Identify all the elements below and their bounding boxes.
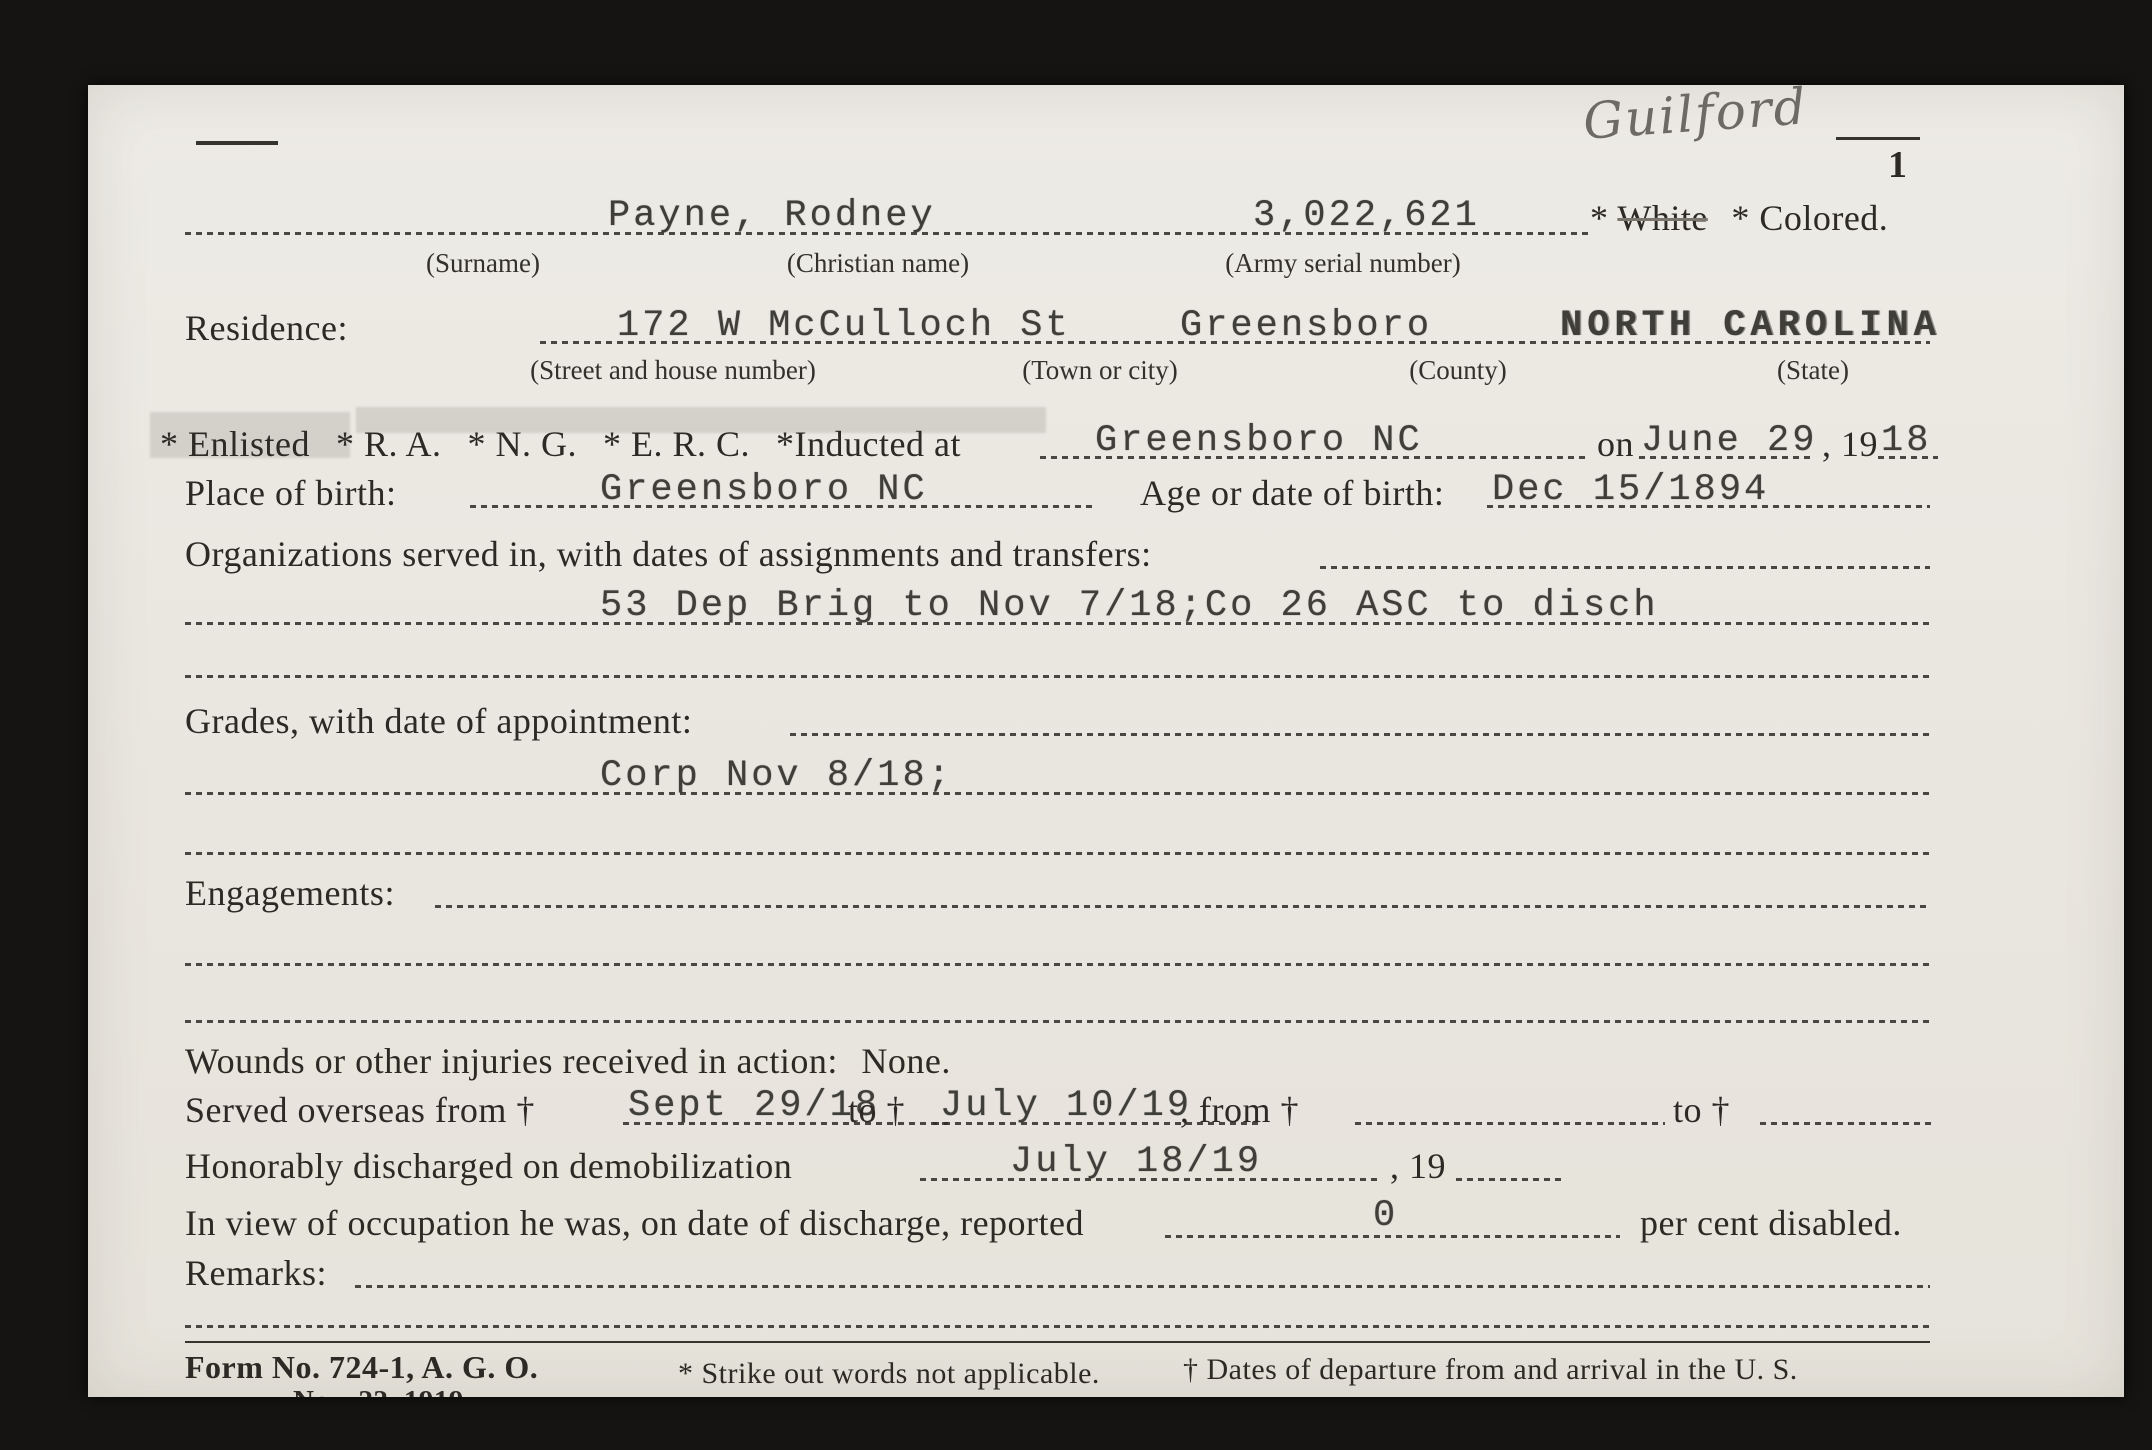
- grades-leader-1: [790, 733, 1930, 736]
- organizations-leader-3: [185, 675, 1930, 678]
- inducted-place-value: Greensboro NC: [1095, 420, 1423, 462]
- inducted-at-label: *Inducted at: [776, 423, 961, 465]
- state-label: (State): [1777, 355, 1849, 386]
- town-label: (Town or city): [1022, 355, 1178, 386]
- birth-date-value: Dec 15/1894: [1492, 469, 1769, 511]
- race-white-option: White: [1617, 198, 1707, 238]
- grades-leader-2: [185, 792, 1930, 795]
- surname-label: (Surname): [426, 248, 540, 279]
- enlistment-options-row: * Enlisted * R. A. * N. G. * E. R. C. *I…: [160, 423, 961, 465]
- disability-percent-value: 0: [1373, 1195, 1398, 1237]
- organizations-label: Organizations served in, with dates of a…: [185, 533, 1152, 575]
- overseas-prefix: Served overseas from †: [185, 1089, 535, 1131]
- birth-place-value: Greensboro NC: [600, 469, 928, 511]
- ng-option: * N. G.: [468, 423, 578, 465]
- year-prefix: , 19: [1822, 423, 1878, 465]
- form-date: Nov. 22, 1919.: [293, 1385, 472, 1397]
- age-label: Age or date of birth:: [1140, 472, 1444, 514]
- grades-leader-3: [185, 852, 1930, 855]
- organizations-value: 53 Dep Brig to Nov 7/18;Co 26 ASC to dis…: [600, 585, 1659, 627]
- overseas-to-label-2: to †: [1673, 1089, 1730, 1131]
- dagger-note: † Dates of departure from and arrival in…: [1183, 1353, 1798, 1387]
- army-serial-number-value: 3,022,621: [1253, 195, 1480, 237]
- footer-solid-divider: [185, 1341, 1930, 1343]
- discharge-year-prefix: , 19: [1390, 1145, 1446, 1187]
- race-star2: *: [1731, 198, 1750, 238]
- christian-name-label: (Christian name): [787, 248, 969, 279]
- race-colored-option: Colored.: [1759, 198, 1888, 238]
- grades-value: Corp Nov 8/18;: [600, 755, 953, 797]
- engagements-leader-2: [185, 963, 1930, 966]
- service-record-card: Guilford 1 Payne, Rodney 3,022,621 * Whi…: [88, 85, 2124, 1397]
- overseas-to-label-1: to †: [848, 1089, 905, 1131]
- induction-year-value: 18: [1881, 420, 1931, 462]
- residence-label: Residence:: [185, 307, 348, 349]
- engagements-label: Engagements:: [185, 872, 395, 914]
- ra-option: * R. A.: [336, 423, 442, 465]
- surname-christian-value: Payne, Rodney: [608, 195, 936, 237]
- top-left-mark: [196, 141, 278, 145]
- page-number: 1: [1888, 143, 1907, 187]
- place-of-birth-label: Place of birth:: [185, 472, 396, 514]
- strike-out-note: * Strike out words not applicable.: [678, 1357, 1100, 1391]
- form-number: Form No. 724-1, A. G. O.: [185, 1349, 538, 1386]
- overseas-from2-label: , from †: [1180, 1089, 1299, 1131]
- organizations-leader-1: [1320, 566, 1930, 569]
- footer-dotted-divider: [185, 1325, 1930, 1328]
- race-star1: *: [1590, 198, 1609, 238]
- discharge-leader-2: [1456, 1178, 1561, 1181]
- overseas-to1-value: July 10/19: [940, 1085, 1192, 1127]
- disability-prefix: In view of occupation he was, on date of…: [185, 1202, 1084, 1244]
- organizations-leader-2: [185, 622, 1930, 625]
- wounds-value: None.: [861, 1041, 950, 1081]
- print-code: 3—7362: [1256, 1395, 1343, 1397]
- overseas-from1-value: Sept 29/18: [628, 1085, 880, 1127]
- disability-suffix: per cent disabled.: [1640, 1202, 1902, 1244]
- overseas-from2-leader: [1355, 1122, 1665, 1125]
- enlisted-option: * Enlisted: [160, 423, 310, 465]
- state-value: NORTH CAROLINA: [1560, 305, 1941, 347]
- page-number-rule: [1836, 137, 1920, 140]
- street-value: 172 W McCulloch St: [617, 305, 1071, 347]
- wounds-label: Wounds or other injuries received in act…: [185, 1041, 838, 1081]
- town-value: Greensboro: [1180, 305, 1432, 347]
- discharge-label: Honorably discharged on demobilization: [185, 1145, 792, 1187]
- grades-label: Grades, with date of appointment:: [185, 700, 692, 742]
- on-label: on: [1597, 423, 1634, 465]
- wounds-line: Wounds or other injuries received in act…: [185, 1040, 951, 1082]
- induction-date-value: June 29: [1641, 420, 1817, 462]
- erc-option: * E. R. C.: [603, 423, 750, 465]
- discharge-date-value: July 18/19: [1010, 1141, 1262, 1183]
- engagements-leader-3: [185, 1020, 1930, 1023]
- army-serial-label: (Army serial number): [1225, 248, 1460, 279]
- engagements-leader-1: [435, 905, 1930, 908]
- remarks-label: Remarks:: [185, 1252, 327, 1294]
- county-label: (County): [1409, 355, 1507, 386]
- race-options: * White * Colored.: [1590, 197, 1888, 239]
- remarks-leader: [355, 1285, 1930, 1288]
- overseas-to2-leader: [1760, 1122, 1932, 1125]
- county-handwritten: Guilford: [1581, 85, 1809, 151]
- street-label: (Street and house number): [530, 355, 816, 386]
